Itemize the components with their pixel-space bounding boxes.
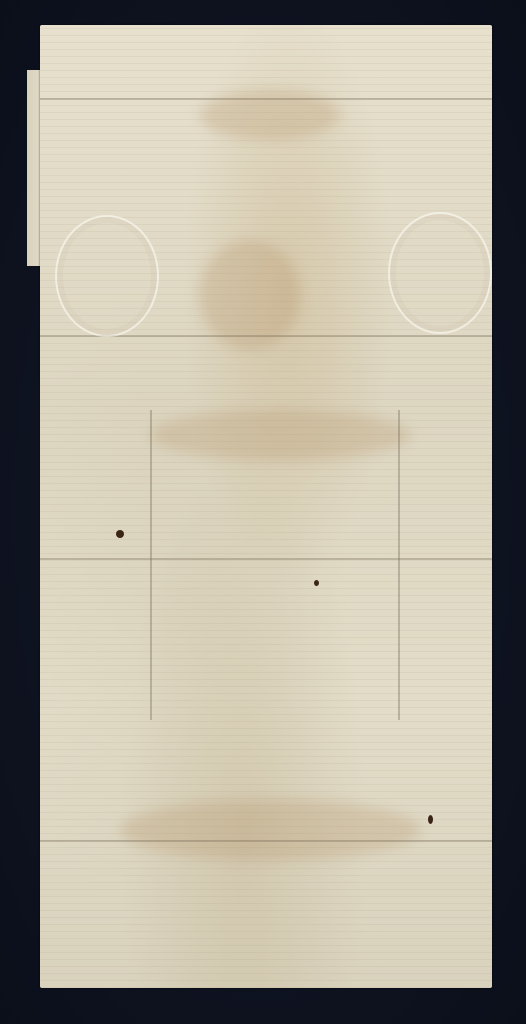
fold-line <box>40 840 492 842</box>
fold-line <box>40 98 492 100</box>
fold-line-vertical <box>150 410 152 720</box>
dark-spot <box>314 580 319 586</box>
dark-spot <box>428 815 433 824</box>
embossed-stamp-left <box>55 215 159 337</box>
stain-lower-band <box>120 800 420 860</box>
fold-line-vertical <box>398 410 400 720</box>
fold-line <box>40 558 492 560</box>
stain-center-band <box>150 410 410 460</box>
stain-upper-center <box>200 240 300 350</box>
burn-hole <box>116 530 124 538</box>
embossed-stamp-right <box>388 212 492 334</box>
